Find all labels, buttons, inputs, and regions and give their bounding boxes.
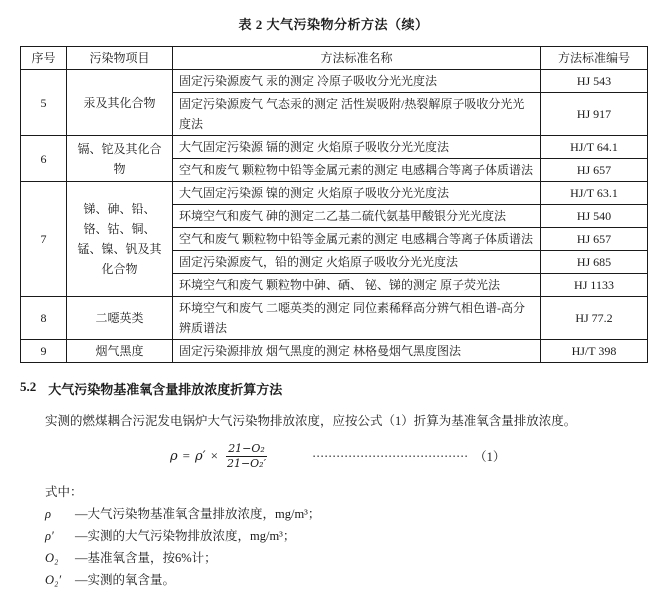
standard-code-cell: HJ 1133	[541, 274, 648, 297]
standard-code-cell: HJ 685	[541, 251, 648, 274]
method-name-cell: 大气固定污染源 镉的测定 火焰原子吸收分光光度法	[173, 136, 541, 159]
equals-sign: =	[183, 448, 190, 464]
table-header-row: 序号 污染物项目 方法标准名称 方法标准编号	[21, 47, 648, 70]
definition-text: —基准氧含量，按6%计；	[75, 547, 647, 569]
method-name-cell: 环境空气和废气 砷的测定二乙基二硫代氨基甲酸银分光光度法	[173, 205, 541, 228]
section-number: 5.2	[20, 379, 36, 398]
formula-label: （1）	[474, 447, 505, 465]
table-row: 6 镉、铊及其化合物 大气固定污染源 镉的测定 火焰原子吸收分光光度法 HJ/T…	[21, 136, 648, 159]
standard-code-cell: HJ/T 63.1	[541, 182, 648, 205]
method-name-cell: 固定污染源废气 汞的测定 冷原子吸收分光光度法	[173, 70, 541, 93]
table-row: 7 锑、砷、铅、铬、钴、铜、锰、镍、钒及其化合物 大气固定污染源 镍的测定 火焰…	[21, 182, 648, 205]
body-paragraph: 实测的燃煤耦合污泥发电锅炉大气污染物排放浓度，应按公式（1）折算为基准氧含量排放…	[20, 412, 647, 430]
table-row: 5 汞及其化合物 固定污染源废气 汞的测定 冷原子吸收分光光度法 HJ 543	[21, 70, 648, 93]
serial-cell: 6	[21, 136, 67, 182]
header-method-name: 方法标准名称	[173, 47, 541, 70]
formula-lhs: ρ	[170, 449, 178, 464]
serial-cell: 8	[21, 297, 67, 340]
multiply-sign: ×	[211, 448, 218, 464]
section-title: 大气污染物基准氧含量排放浓度折算方法	[48, 379, 282, 398]
pollutant-cell: 汞及其化合物	[67, 70, 173, 136]
method-name-cell: 固定污染源排放 烟气黑度的测定 林格曼烟气黑度图法	[173, 340, 541, 363]
standard-code-cell: HJ 77.2	[541, 297, 648, 340]
fraction: 21−O₂ 21−O₂′	[225, 442, 268, 470]
definition-symbol: O₂	[45, 547, 75, 569]
section-heading: 5.2 大气污染物基准氧含量排放浓度折算方法	[20, 379, 647, 398]
where-block: 式中： ρ —大气污染物基准氧含量排放浓度，mg/m³； ρ′ —实测的大气污染…	[45, 482, 647, 591]
standard-code-cell: HJ 540	[541, 205, 648, 228]
table-row: 8 二噁英类 环境空气和废气 二噁英类的测定 同位素稀释高分辨气相色谱-高分辨质…	[21, 297, 648, 340]
serial-cell: 9	[21, 340, 67, 363]
standard-code-cell: HJ 657	[541, 159, 648, 182]
method-name-cell: 环境空气和废气 颗粒物中砷、硒、 铋、锑的测定 原子荧光法	[173, 274, 541, 297]
formula-coefficient: ρ′	[195, 449, 206, 464]
method-name-cell: 固定污染源废气 气态汞的测定 活性炭吸附/热裂解原子吸收分光光度法	[173, 93, 541, 136]
definition-symbol: ρ	[45, 503, 75, 525]
method-name-cell: 大气固定污染源 镍的测定 火焰原子吸收分光光度法	[173, 182, 541, 205]
fraction-denominator: 21−O₂′	[225, 457, 268, 470]
table-title: 表 2 大气污染物分析方法（续）	[20, 14, 647, 33]
definition-text: —实测的氧含量。	[75, 569, 647, 591]
formula: ρ = ρ′ × 21−O₂ 21−O₂′ ⋯⋯⋯⋯⋯⋯⋯⋯⋯⋯⋯⋯⋯ （1）	[170, 442, 647, 470]
table-row: 9 烟气黑度 固定污染源排放 烟气黑度的测定 林格曼烟气黑度图法 HJ/T 39…	[21, 340, 648, 363]
method-name-cell: 固定污染源废气，铅的测定 火焰原子吸收分光光度法	[173, 251, 541, 274]
method-name-cell: 空气和废气 颗粒物中铅等金属元素的测定 电感耦合等离子体质谱法	[173, 228, 541, 251]
dot-leader: ⋯⋯⋯⋯⋯⋯⋯⋯⋯⋯⋯⋯⋯	[312, 449, 468, 464]
pollutant-cell: 烟气黑度	[67, 340, 173, 363]
standard-code-cell: HJ 657	[541, 228, 648, 251]
method-name-cell: 空气和废气 颗粒物中铅等金属元素的测定 电感耦合等离子体质谱法	[173, 159, 541, 182]
definition-symbol: O₂′	[45, 569, 75, 591]
fraction-numerator: 21−O₂	[226, 442, 267, 457]
standard-code-cell: HJ 543	[541, 70, 648, 93]
standard-code-cell: HJ 917	[541, 93, 648, 136]
definition-symbol: ρ′	[45, 525, 75, 547]
pollutant-cell: 镉、铊及其化合物	[67, 136, 173, 182]
definition-line: ρ —大气污染物基准氧含量排放浓度，mg/m³；	[45, 503, 647, 525]
definition-text: —实测的大气污染物排放浓度，mg/m³；	[75, 525, 647, 547]
analysis-methods-table: 序号 污染物项目 方法标准名称 方法标准编号 5 汞及其化合物 固定污染源废气 …	[20, 46, 648, 363]
standard-code-cell: HJ/T 64.1	[541, 136, 648, 159]
header-serial: 序号	[21, 47, 67, 70]
serial-cell: 5	[21, 70, 67, 136]
pollutant-cell: 二噁英类	[67, 297, 173, 340]
document-page: 表 2 大气污染物分析方法（续） 序号 污染物项目 方法标准名称 方法标准编号 …	[0, 0, 662, 597]
definition-line: O₂′ —实测的氧含量。	[45, 569, 647, 591]
definition-line: O₂ —基准氧含量，按6%计；	[45, 547, 647, 569]
standard-code-cell: HJ/T 398	[541, 340, 648, 363]
where-label: 式中：	[45, 482, 647, 503]
pollutant-cell: 锑、砷、铅、铬、钴、铜、锰、镍、钒及其化合物	[67, 182, 173, 297]
header-standard-code: 方法标准编号	[541, 47, 648, 70]
definition-text: —大气污染物基准氧含量排放浓度，mg/m³；	[75, 503, 647, 525]
definition-line: ρ′ —实测的大气污染物排放浓度，mg/m³；	[45, 525, 647, 547]
serial-cell: 7	[21, 182, 67, 297]
header-pollutant: 污染物项目	[67, 47, 173, 70]
method-name-cell: 环境空气和废气 二噁英类的测定 同位素稀释高分辨气相色谱-高分辨质谱法	[173, 297, 541, 340]
